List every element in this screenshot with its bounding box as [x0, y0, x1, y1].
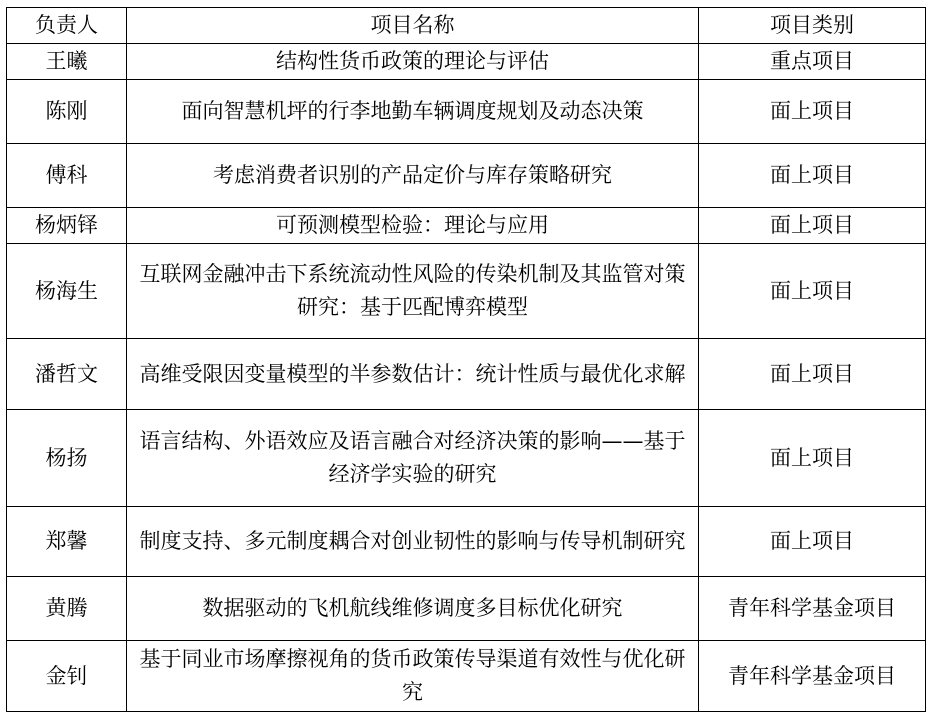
- projects-table: 负责人 项目名称 项目类别 王曦结构性货币政策的理论与评估重点项目陈刚面向智慧机…: [6, 7, 926, 712]
- project-name-cell: 基于同业市场摩擦视角的货币政策传导渠道有效性与优化研究: [127, 641, 699, 712]
- header-leader: 负责人: [7, 8, 127, 44]
- project-type-cell: 面上项目: [699, 144, 926, 208]
- project-name-cell: 制度支持、多元制度耦合对创业韧性的影响与传导机制研究: [127, 507, 699, 577]
- table-row: 陈刚面向智慧机坪的行李地勤车辆调度规划及动态决策面上项目: [7, 80, 926, 144]
- table-row: 潘哲文高维受限因变量模型的半参数估计：统计性质与最优化求解面上项目: [7, 339, 926, 410]
- leader-cell: 金钊: [7, 641, 127, 712]
- project-type-cell: 面上项目: [699, 80, 926, 144]
- project-type-cell: 面上项目: [699, 410, 926, 507]
- project-name-cell: 互联网金融冲击下系统流动性风险的传染机制及其监管对策研究：基于匹配博弈模型: [127, 244, 699, 339]
- project-type-cell: 重点项目: [699, 44, 926, 80]
- table-row: 金钊基于同业市场摩擦视角的货币政策传导渠道有效性与优化研究青年科学基金项目: [7, 641, 926, 712]
- table-body: 王曦结构性货币政策的理论与评估重点项目陈刚面向智慧机坪的行李地勤车辆调度规划及动…: [7, 44, 926, 712]
- leader-cell: 傅科: [7, 144, 127, 208]
- header-project-name: 项目名称: [127, 8, 699, 44]
- leader-cell: 杨炳铎: [7, 208, 127, 244]
- project-name-cell: 可预测模型检验：理论与应用: [127, 208, 699, 244]
- project-name-cell: 考虑消费者识别的产品定价与库存策略研究: [127, 144, 699, 208]
- project-type-cell: 面上项目: [699, 507, 926, 577]
- project-type-cell: 面上项目: [699, 208, 926, 244]
- leader-cell: 黄腾: [7, 577, 127, 641]
- project-name-cell: 语言结构、外语效应及语言融合对经济决策的影响——基于经济学实验的研究: [127, 410, 699, 507]
- project-name-cell: 面向智慧机坪的行李地勤车辆调度规划及动态决策: [127, 80, 699, 144]
- table-row: 杨扬语言结构、外语效应及语言融合对经济决策的影响——基于经济学实验的研究面上项目: [7, 410, 926, 507]
- leader-cell: 杨扬: [7, 410, 127, 507]
- header-row: 负责人 项目名称 项目类别: [7, 8, 926, 44]
- leader-cell: 王曦: [7, 44, 127, 80]
- table-row: 黄腾数据驱动的飞机航线维修调度多目标优化研究青年科学基金项目: [7, 577, 926, 641]
- leader-cell: 陈刚: [7, 80, 127, 144]
- table-row: 杨炳铎可预测模型检验：理论与应用面上项目: [7, 208, 926, 244]
- leader-cell: 郑馨: [7, 507, 127, 577]
- table-row: 郑馨制度支持、多元制度耦合对创业韧性的影响与传导机制研究面上项目: [7, 507, 926, 577]
- table-row: 傅科考虑消费者识别的产品定价与库存策略研究面上项目: [7, 144, 926, 208]
- project-type-cell: 青年科学基金项目: [699, 577, 926, 641]
- header-project-type: 项目类别: [699, 8, 926, 44]
- project-type-cell: 面上项目: [699, 339, 926, 410]
- table-row: 王曦结构性货币政策的理论与评估重点项目: [7, 44, 926, 80]
- project-name-cell: 高维受限因变量模型的半参数估计：统计性质与最优化求解: [127, 339, 699, 410]
- project-type-cell: 面上项目: [699, 244, 926, 339]
- leader-cell: 杨海生: [7, 244, 127, 339]
- project-name-cell: 数据驱动的飞机航线维修调度多目标优化研究: [127, 577, 699, 641]
- table-row: 杨海生互联网金融冲击下系统流动性风险的传染机制及其监管对策研究：基于匹配博弈模型…: [7, 244, 926, 339]
- leader-cell: 潘哲文: [7, 339, 127, 410]
- project-name-cell: 结构性货币政策的理论与评估: [127, 44, 699, 80]
- project-type-cell: 青年科学基金项目: [699, 641, 926, 712]
